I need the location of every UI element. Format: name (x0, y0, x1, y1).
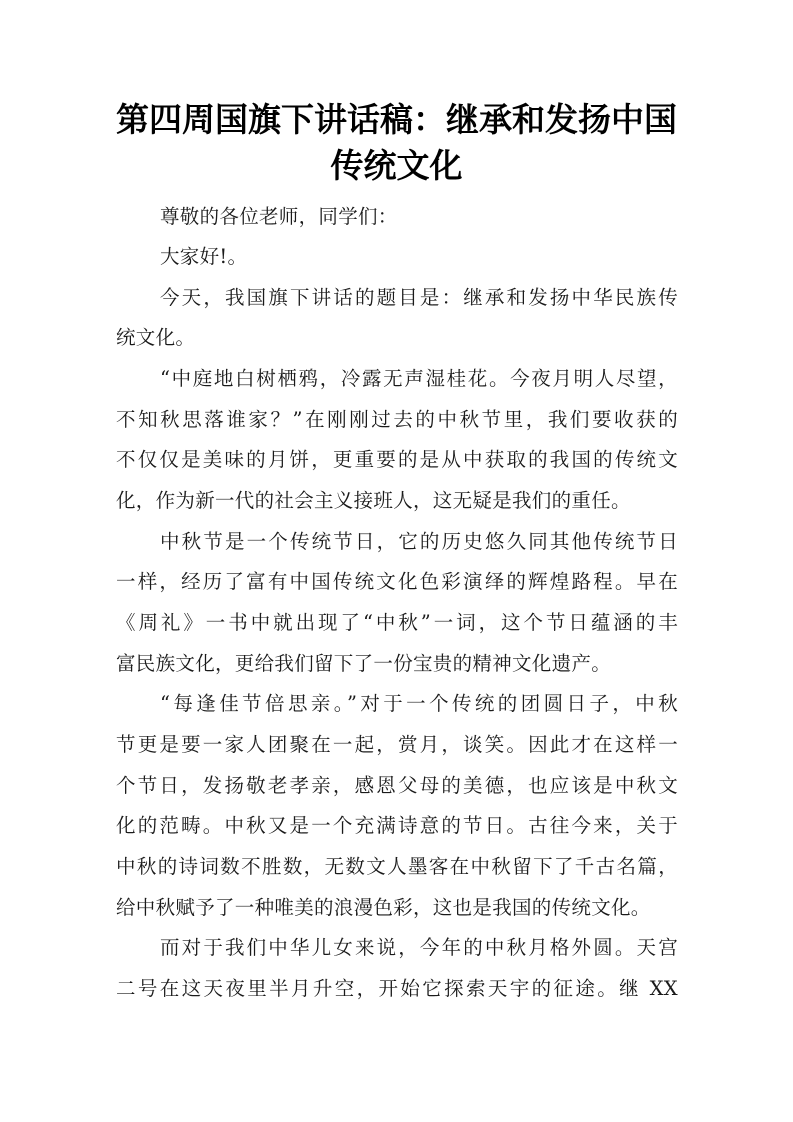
paragraph-line: 化的范畴。中秋又是一个充满诗意的节日。古往今来，关于 (116, 814, 678, 838)
paragraph-line: 统文化。 (116, 326, 678, 350)
paragraph-line: 给中秋赋予了一种唯美的浪漫色彩，这也是我国的传统文化。 (116, 896, 678, 920)
paragraph-line: 《周礼》一书中就出现了“中秋”一词，这个节日蕴涵的丰 (116, 611, 678, 635)
salutation-line: 尊敬的各位老师，同学们： (160, 205, 678, 229)
paragraph-line: “中庭地白树栖鸦，冷露无声湿桂花。今夜月明人尽望， (160, 367, 678, 391)
paragraph-line: 节更是要一家人团聚在一起，赏月，谈笑。因此才在这样一 (116, 733, 678, 757)
paragraph-line: “每逢佳节倍思亲。”对于一个传统的团圆日子，中秋 (160, 692, 678, 716)
paragraph-line: 今天，我国旗下讲话的题目是：继承和发扬中华民族传 (160, 286, 678, 310)
paragraph-line: 中秋节是一个传统节日，它的历史悠久同其他传统节日 (160, 530, 678, 554)
paragraph-line: 中秋的诗词数不胜数，无数文人墨客在中秋留下了千古名篇， (116, 855, 678, 879)
document-title-line-2: 传统文化 (0, 142, 793, 190)
paragraph-line: 个节日，发扬敬老孝亲，感恩父母的美德，也应该是中秋文 (116, 774, 678, 798)
document-title-line-1: 第四周国旗下讲话稿：继承和发扬中国 (0, 96, 793, 144)
paragraph-line: 而对于我们中华儿女来说，今年的中秋月格外圆。天宫 (160, 936, 678, 960)
paragraph-line: 不仅仅是美味的月饼，更重要的是从中获取的我国的传统文 (116, 448, 678, 472)
greeting-line: 大家好!。 (160, 245, 678, 269)
paragraph-line: 化，作为新一代的社会主义接班人，这无疑是我们的重任。 (116, 489, 678, 513)
paragraph-line: 一样，经历了富有中国传统文化色彩演绎的辉煌路程。早在 (116, 570, 678, 594)
paragraph-line: 富民族文化，更给我们留下了一份宝贵的精神文化遗产。 (116, 652, 678, 676)
paragraph-line: 不知秋思落谁家？”在刚刚过去的中秋节里，我们要收获的 (116, 408, 678, 432)
paragraph-line: 二号在这天夜里半月升空，开始它探索天宇的征途。继 XX (116, 977, 678, 1001)
